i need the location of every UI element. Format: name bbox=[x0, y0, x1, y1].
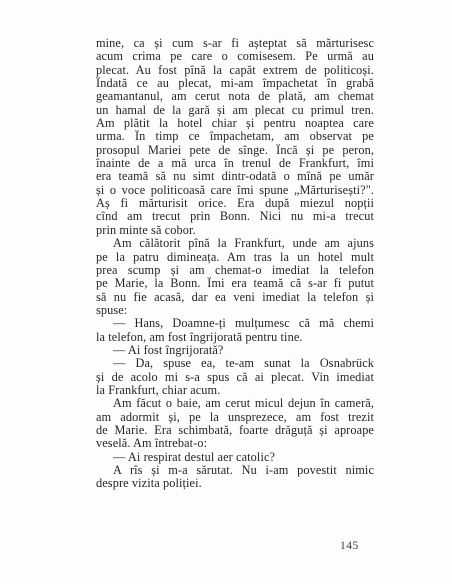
text-line: acum crima pe care o comisesem. Pe urmă … bbox=[96, 50, 374, 63]
page-text-block: mine, ca și cum s-ar fi așteptat să mărt… bbox=[96, 37, 374, 491]
text-line: — Ai respirat destul aer catolic? bbox=[96, 451, 374, 464]
text-line: urma. În timp ce împachetam, am observat… bbox=[96, 130, 374, 143]
text-line: să nu fie acasă, dar ea veni imediat la … bbox=[96, 291, 374, 304]
text-line: Am făcut o baie, am cerut micul dejun în… bbox=[96, 397, 374, 410]
text-line: la telefon, am fost îngrijorată pentru t… bbox=[96, 331, 374, 344]
text-line: — Da, spuse ea, te-am sunat la Osnabrück bbox=[96, 357, 374, 370]
text-line: și de acolo mi s-a spus că ai plecat. Vi… bbox=[96, 371, 374, 384]
text-line: despre vizita poliției. bbox=[96, 477, 374, 490]
text-line: pe Marie, la Bonn. Îmi era teamă că s-ar… bbox=[96, 277, 374, 290]
text-line: prosopul Mariei pete de sînge. Încă și p… bbox=[96, 144, 374, 157]
text-line: Aș fi mărturisit orice. Era după miezul … bbox=[96, 197, 374, 210]
text-line: înainte de a mă urca în trenul de Frankf… bbox=[96, 157, 374, 170]
text-line: era teamă să nu simt dintr-odată o mînă … bbox=[96, 170, 374, 183]
page-number: 145 bbox=[340, 540, 359, 552]
text-line: Am plătit la hotel chiar și pentru noapt… bbox=[96, 117, 374, 130]
text-line: de Marie. Era schimbată, foarte drăguță … bbox=[96, 424, 374, 437]
text-line: la Frankfurt, chiar acum. bbox=[96, 384, 374, 397]
text-line: am adormit și, pe la unsprezece, am fost… bbox=[96, 411, 374, 424]
text-line: — Hans, Doamne-ți mulțumesc că mă chemi bbox=[96, 317, 374, 330]
text-line: veselă. Am întrebat-o: bbox=[96, 437, 374, 450]
text-line: mine, ca și cum s-ar fi așteptat să mărt… bbox=[96, 37, 374, 50]
text-line: cînd am trecut prin Bonn. Nici nu mi-a t… bbox=[96, 210, 374, 223]
text-line: pe la patru dimineața. Am tras la un hot… bbox=[96, 251, 374, 264]
text-line: și o voce politicoasă care îmi spune „Mă… bbox=[96, 184, 374, 197]
text-line: Am călătorit pînă la Frankfurt, unde am … bbox=[96, 237, 374, 250]
text-line: A rîs și m-a sărutat. Nu i-am povestit n… bbox=[96, 464, 374, 477]
book-page: mine, ca și cum s-ar fi așteptat să mărt… bbox=[0, 0, 452, 584]
text-line: plecat. Au fost pînă la capăt extrem de … bbox=[96, 64, 374, 77]
text-line: Îndată ce au plecat, mi-am împachetat în… bbox=[96, 77, 374, 90]
text-line: prea scump și am chemat-o imediat la tel… bbox=[96, 264, 374, 277]
text-line: — Ai fost îngrijorată? bbox=[96, 344, 374, 357]
text-line: prin minte să cobor. bbox=[96, 224, 374, 237]
text-line: un hamal de la gară și am plecat cu prim… bbox=[96, 104, 374, 117]
text-line: geamantanul, am cerut nota de plată, am … bbox=[96, 90, 374, 103]
text-line: spuse: bbox=[96, 304, 374, 317]
